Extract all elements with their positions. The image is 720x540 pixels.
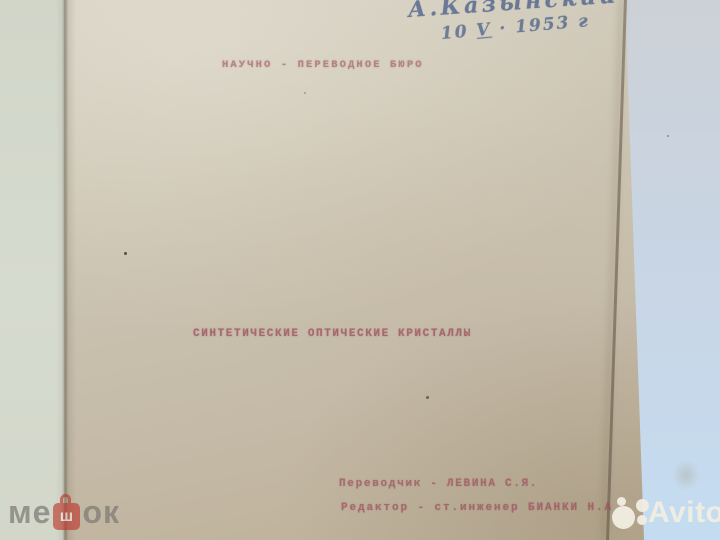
flyleaf: [0, 0, 64, 540]
handwritten-date-day: 10: [440, 21, 477, 44]
meshok-watermark: ме ш ок: [8, 496, 120, 530]
title-page-paper: [65, 0, 665, 540]
editor-line: Редактор - ст.инженер БИАНКИ Н.А: [341, 502, 613, 514]
gutter-crease: [56, 0, 76, 540]
bag-handle-icon: [60, 494, 71, 505]
paper-speck: [426, 396, 429, 399]
paper-stain: [668, 455, 704, 495]
book-title: СИНТЕТИЧЕСКИЕ ОПТИЧЕСКИЕ КРИСТАЛЛЫ: [193, 328, 472, 340]
translator-line: Переводчик - ЛЕВИНА С.Я.: [339, 478, 538, 490]
meshok-text-prefix: ме: [8, 496, 51, 530]
meshok-bag-letter: ш: [60, 509, 74, 525]
avito-logo-text: Avito: [648, 496, 720, 530]
avito-watermark: Avito: [610, 494, 720, 532]
paper-speck: [667, 135, 669, 137]
paper-speck: [124, 252, 127, 255]
paper-speck: [304, 92, 306, 94]
meshok-text-suffix: ок: [82, 496, 120, 530]
avito-dots-icon: [610, 494, 650, 532]
bureau-header: НАУЧНО - ПЕРЕВОДНОЕ БЮРО: [222, 59, 424, 71]
handwritten-date-month: V: [476, 20, 493, 41]
meshok-bag-icon: ш: [53, 503, 80, 530]
book-photo: А.Казынский 10 V · 1953 г НАУЧНО - ПЕРЕВ…: [0, 0, 720, 540]
